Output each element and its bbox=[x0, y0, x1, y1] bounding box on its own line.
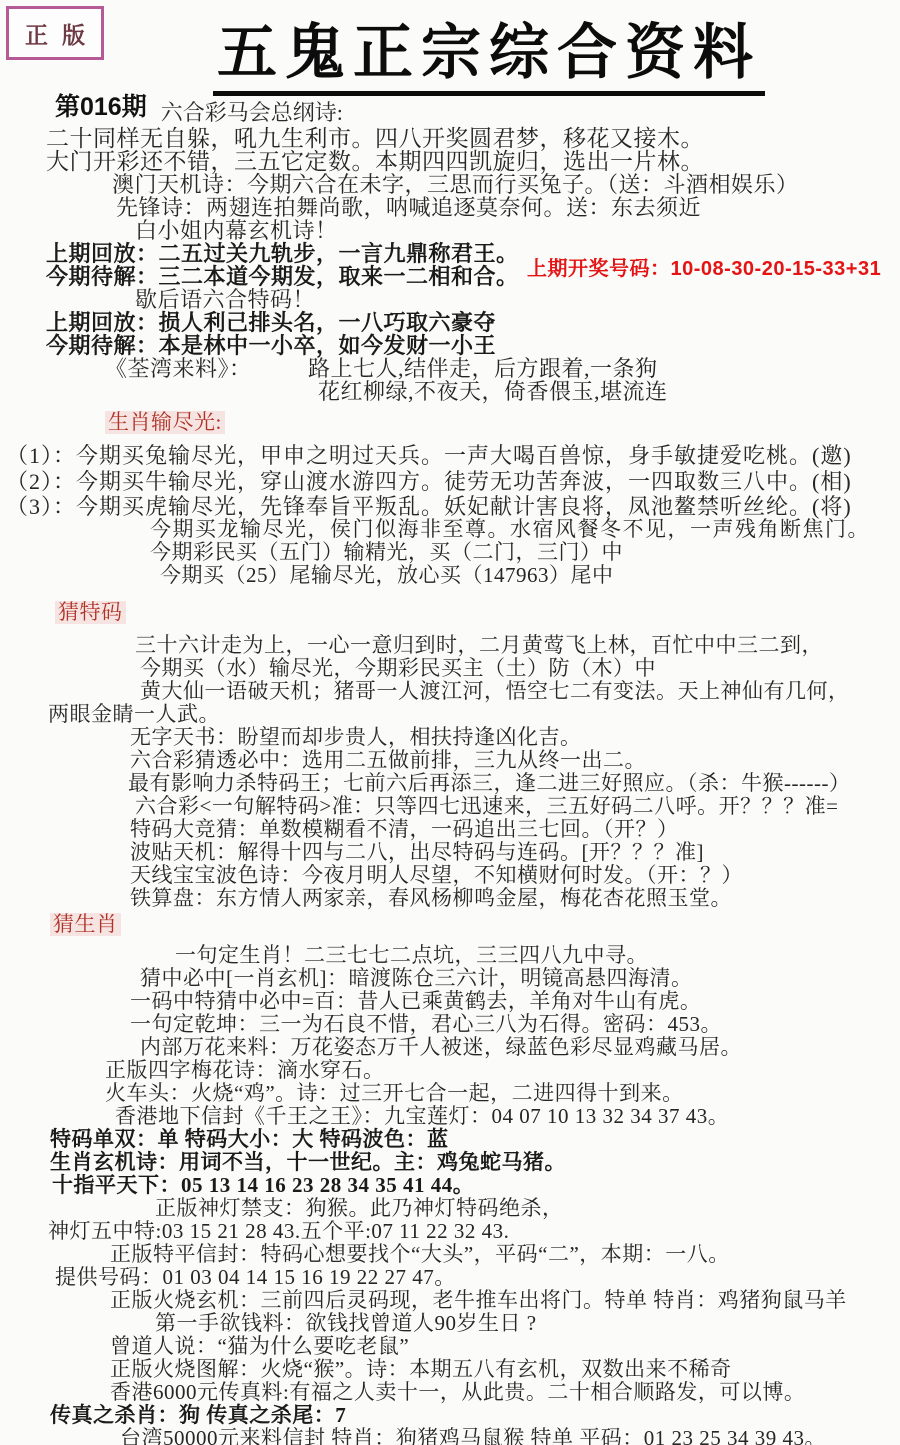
text-line: 正版火烧图解：火烧“猴”。诗：本期五八有玄机，双数出来不稀奇 bbox=[110, 1358, 900, 1381]
text-line: 最有影响力杀特码王；七前六后再添三，逢二进三好照应。（杀：牛猴------） bbox=[128, 772, 900, 795]
text-line: 黄大仙一语破天机；猪哥一人渡江河，悟空七二有变法。天上神仙有几何， bbox=[140, 680, 900, 703]
title-wrap: 五鬼正宗综合资料 bbox=[0, 22, 900, 96]
text-line: 花红柳绿,不夜天，倚香偎玉,堪流连 bbox=[318, 380, 900, 403]
text-line: 大门开彩还不错，三五它定数。本期四四凯旋归，选出一片林。 bbox=[46, 150, 900, 173]
text-line: 今期彩民买（五门）输精光，买（二门，三门）中 bbox=[150, 541, 900, 564]
text-line: 猜中必中[一肖玄机]：暗渡陈仓三六计，明镜高悬四海清。 bbox=[140, 967, 900, 990]
section-label: 猜特码 bbox=[55, 601, 126, 624]
page-title: 五鬼正宗综合资料 bbox=[213, 22, 765, 96]
lottery-info-sheet: 正版 五鬼正宗综合资料 上期开奖号码：10-08-30-20-15-33+31 … bbox=[0, 0, 900, 1445]
text-line: 正版四字梅花诗：滴水穿石。 bbox=[105, 1059, 900, 1082]
text-line: 今期待解：本是林中一小卒，如今发财一小王 bbox=[46, 334, 900, 357]
text-line: 内部万花来料：万花姿态万千人被迷，绿蓝色彩尽显鸡藏马居。 bbox=[140, 1036, 900, 1059]
text-line: （1）：今期买兔输尽光，甲申之明过天兵。一声大喝百兽惊，身手敏捷爱吃桃。(邀) bbox=[6, 444, 900, 467]
text-line: 一码中特猜中必中=百：昔人已乘黄鹤去，羊角对牛山有虎。 bbox=[130, 990, 900, 1013]
text-line: 香港地下信封《千王之王》：九宝莲灯：04 07 10 13 32 34 37 4… bbox=[115, 1105, 900, 1128]
text-line: 第一手欲钱料：欲钱找曾道人90岁生日 ? bbox=[155, 1312, 900, 1335]
text-line: 一句定生肖！二三七七二点坑，三三四八九中寻。 bbox=[175, 944, 900, 967]
text-line: 六合彩猜透必中：选用二五做前排，三九从终一出二。 bbox=[130, 749, 900, 772]
text-line: 二十同样无自躲，吼九生利市。四八开奖圆君梦，移花又接木。 bbox=[46, 127, 900, 150]
text-line: 曾道人说：“猫为什么要吃老鼠” bbox=[110, 1335, 900, 1358]
master-poem-label: 六合彩马会总纲诗: bbox=[161, 96, 343, 127]
issue-number: 第016期 bbox=[55, 87, 147, 123]
text-line: 歇后语六合特码！ bbox=[135, 288, 900, 311]
text-line: 一句定乾坤：三一为石良不惜，君心三八为石得。密码：453。 bbox=[130, 1013, 900, 1036]
text-line: 先锋诗：两翅连拍舞尚歌，呐喊追逐莫奈何。送：东去须近 bbox=[116, 196, 900, 219]
content-lines: 二十同样无自躲，吼九生利市。四八开奖圆君梦，移花又接木。大门开彩还不错，三五它定… bbox=[0, 127, 900, 1445]
text-line: 火车头：火烧“鸡”。诗：过三开七合一起，二进四得十到来。 bbox=[105, 1082, 900, 1105]
text-line: 波贴天机：解得十四与二八，出尽特码与连码。[开？？？准] bbox=[130, 841, 900, 864]
text-line: 澳门天机诗：今期六合在未字，三思而行买兔子。（送：斗酒相娱乐） bbox=[112, 173, 900, 196]
text-line: 传真之杀肖：狗 传真之杀尾：7 bbox=[50, 1404, 900, 1427]
section-label: 生肖输尽光: bbox=[105, 411, 225, 434]
text-line: 《荃湾来料》： 路上七人,结伴走，后方跟着,一条狗 bbox=[105, 357, 900, 380]
text-line: 台湾50000元来料信封 特肖：狗猪鸡马鼠猴 特单 平码：01 23 25 34… bbox=[120, 1427, 900, 1445]
content: 第016期 六合彩马会总纲诗: 二十同样无自躲，吼九生利市。四八开奖圆君梦，移花… bbox=[0, 95, 900, 1445]
issue-header-row: 第016期 六合彩马会总纲诗: bbox=[55, 95, 900, 127]
text-line: 三十六计走为上，一心一意归到时，二月黄莺飞上林，百忙中中三二到， bbox=[135, 634, 900, 657]
text-line: 上期回放：二五过关九轨步，一言九鼎称君王。 bbox=[46, 242, 900, 265]
text-line: 正版神灯禁支：狗猴。此乃神灯特码绝杀， bbox=[155, 1197, 900, 1220]
text-line: 两眼金睛一人武。 bbox=[48, 703, 900, 726]
text-line: 正版火烧玄机：三前四后灵码现，老牛推车出将门。特单 特肖：鸡猪狗鼠马羊 bbox=[110, 1289, 900, 1312]
text-line: 特码大竞猜：单数模糊看不清，一码追出三七回。（开？） bbox=[130, 818, 900, 841]
text-line: 十指平天下：05 13 14 16 23 28 34 35 41 44。 bbox=[52, 1174, 900, 1197]
text-line: 今期待解：三二本道今期发，取来一二相和合。 bbox=[46, 265, 900, 288]
text-line: 铁算盘：东方情人两家亲，春风杨柳鸣金屋，梅花杏花照玉堂。 bbox=[130, 887, 900, 910]
text-line: 无字天书：盼望而却步贵人，相扶持逢凶化吉。 bbox=[130, 726, 900, 749]
text-line: 特码单双：单 特码大小：大 特码波色：蓝 bbox=[50, 1128, 900, 1151]
text-line: 今期买（水）输尽光，今期彩民买主（土）防（木）中 bbox=[140, 657, 900, 680]
text-line: （2）：今期买牛输尽光，穿山渡水游四方。徒劳无功苦奔波，一四取数三八中。(相) bbox=[6, 470, 900, 493]
text-line: 神灯五中特:03 15 21 28 43.五个平:07 11 22 32 43. bbox=[48, 1220, 900, 1243]
text-line: 提供号码：01 03 04 14 15 16 19 22 27 47。 bbox=[55, 1266, 900, 1289]
text-line: 天线宝宝波色诗：今夜月明人尽望，不知横财何时发。（开：？） bbox=[130, 864, 900, 887]
text-line: 六合彩<一句解特码>准：只等四七迅速来，三五好码二八呼。开？？？准= bbox=[135, 795, 900, 818]
section-label: 猜生肖 bbox=[50, 913, 121, 936]
text-line: 上期回放：损人利己排头名，一八巧取六豪夺 bbox=[46, 311, 900, 334]
text-line: 今期买（25）尾输尽光，放心买（147963）尾中 bbox=[160, 564, 900, 587]
text-line: 今期买龙输尽光，侯门似海非至尊。水宿风餐冬不见，一声残角断焦门。 bbox=[150, 518, 900, 541]
text-line: 白小姐内幕玄机诗！ bbox=[135, 219, 900, 242]
text-line: 正版特平信封：特码心想要找个“大头”，平码“二”，本期：一八。 bbox=[110, 1243, 900, 1266]
text-line: 生肖玄机诗：用词不当，十一世纪。主：鸡兔蛇马猪。 bbox=[50, 1151, 900, 1174]
text-line: 香港6000元传真料:有福之人卖十一，从此贵。二十相合顺路发，可以博。 bbox=[110, 1381, 900, 1404]
text-line: （3）：今期买虎输尽光，先锋奉旨平叛乱。妖妃献计害良将，凤池鳌禁听丝纶。(将) bbox=[6, 495, 900, 518]
